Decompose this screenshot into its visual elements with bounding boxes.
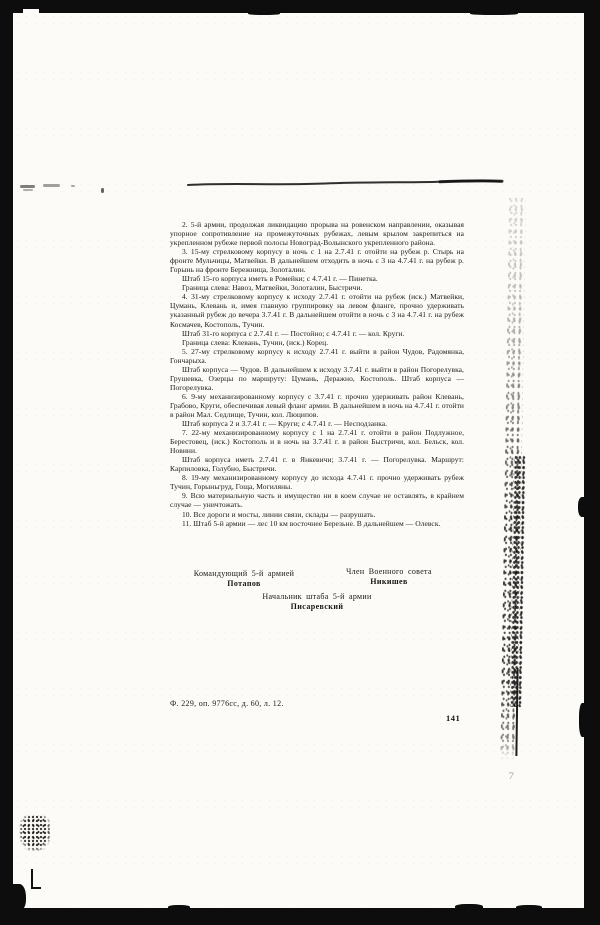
border-irregularity (516, 905, 542, 910)
ink-smudge (20, 185, 35, 188)
order-paragraph: 3. 15-му стрелковому корпусу в ночь с 1 … (170, 247, 464, 274)
signature-block-commander: Командующий 5-й армией Потапов (186, 569, 302, 588)
signature-title: Член Военного совета (338, 567, 440, 576)
order-paragraph: 8. 19-му механизированному корпусу до ис… (170, 473, 464, 491)
horizontal-rule (185, 174, 507, 190)
scan-border-top (0, 0, 600, 13)
border-irregularity (248, 12, 280, 15)
corner-mark-icon (31, 869, 33, 889)
order-paragraph: 7. 22-му механизированному корпусу с 1 н… (170, 428, 464, 455)
order-paragraph: Штаб 15-го корпуса иметь в Ромейки; с 4.… (170, 274, 464, 283)
border-notch (23, 9, 39, 13)
border-irregularity (470, 12, 518, 15)
ink-blot (19, 815, 51, 851)
order-paragraph: Штаб корпуса — Чудов. В дальнейшем к исх… (170, 365, 464, 392)
border-irregularity (579, 703, 587, 737)
border-irregularity (455, 904, 483, 910)
ink-smudge (23, 189, 33, 191)
signature-name: Никишев (338, 577, 440, 586)
order-paragraph: 9. Всю материальную часть и имущество ни… (170, 491, 464, 509)
order-paragraph: Граница слева: Навоз, Матвейки, Золотали… (170, 283, 464, 292)
order-paragraph: Штаб корпуса иметь 2.7.41 г. в Янкевичи;… (170, 455, 464, 473)
signature-title: Командующий 5-й армией (186, 569, 302, 578)
order-paragraph: 6. 9-му механизированному корпусу с 3.7.… (170, 392, 464, 419)
border-irregularity (168, 905, 190, 910)
order-paragraph: Штаб корпуса 2 и 3.7.41 г. — Круги; с 4.… (170, 419, 464, 428)
signature-title: Начальник штаба 5-й армии (170, 592, 464, 601)
order-paragraph: 4. 31-му стрелковому корпусу к исходу 2.… (170, 292, 464, 328)
order-paragraph: Штаб 31-го корпуса с 2.7.41 г. — Постойн… (170, 329, 464, 338)
border-irregularity (13, 884, 26, 910)
ink-smudge (71, 185, 75, 187)
order-paragraph: 11. Штаб 5-й армии — лес 10 км восточнее… (170, 519, 464, 528)
order-paragraph: 5. 27-му стрелковому корпусу к исходу 2.… (170, 347, 464, 365)
signature-block-military-council: Член Военного совета Никишев (338, 567, 440, 586)
scan-border-bottom (0, 908, 600, 925)
corner-mark-icon (31, 887, 41, 889)
scan-border-right (584, 0, 600, 925)
archive-reference: Ф. 229, оп. 9776сс, д. 60, л. 12. (170, 699, 284, 708)
order-body-text: 2. 5-й армии, продолжая ликвидацию проры… (170, 220, 464, 528)
signature-name: Писаревский (170, 602, 464, 611)
order-paragraph: Граница слева: Клевань, Тучин, (иск.) Ко… (170, 338, 464, 347)
border-irregularity (578, 497, 588, 517)
page-number: 141 (446, 713, 460, 723)
signature-block-chief-of-staff: Начальник штаба 5-й армии Писаревский (170, 592, 464, 611)
order-paragraph: 10. Все дороги и мосты, линии связи, скл… (170, 510, 464, 519)
ink-smudge (101, 188, 104, 193)
ink-smudge (43, 184, 60, 187)
order-paragraph: 2. 5-й армии, продолжая ликвидацию проры… (170, 220, 464, 247)
stray-pencil-mark: 7 (507, 772, 514, 783)
signature-name: Потапов (186, 579, 302, 588)
scan-border-left (0, 0, 13, 925)
scanned-document-page: 2. 5-й армии, продолжая ликвидацию проры… (0, 0, 600, 925)
